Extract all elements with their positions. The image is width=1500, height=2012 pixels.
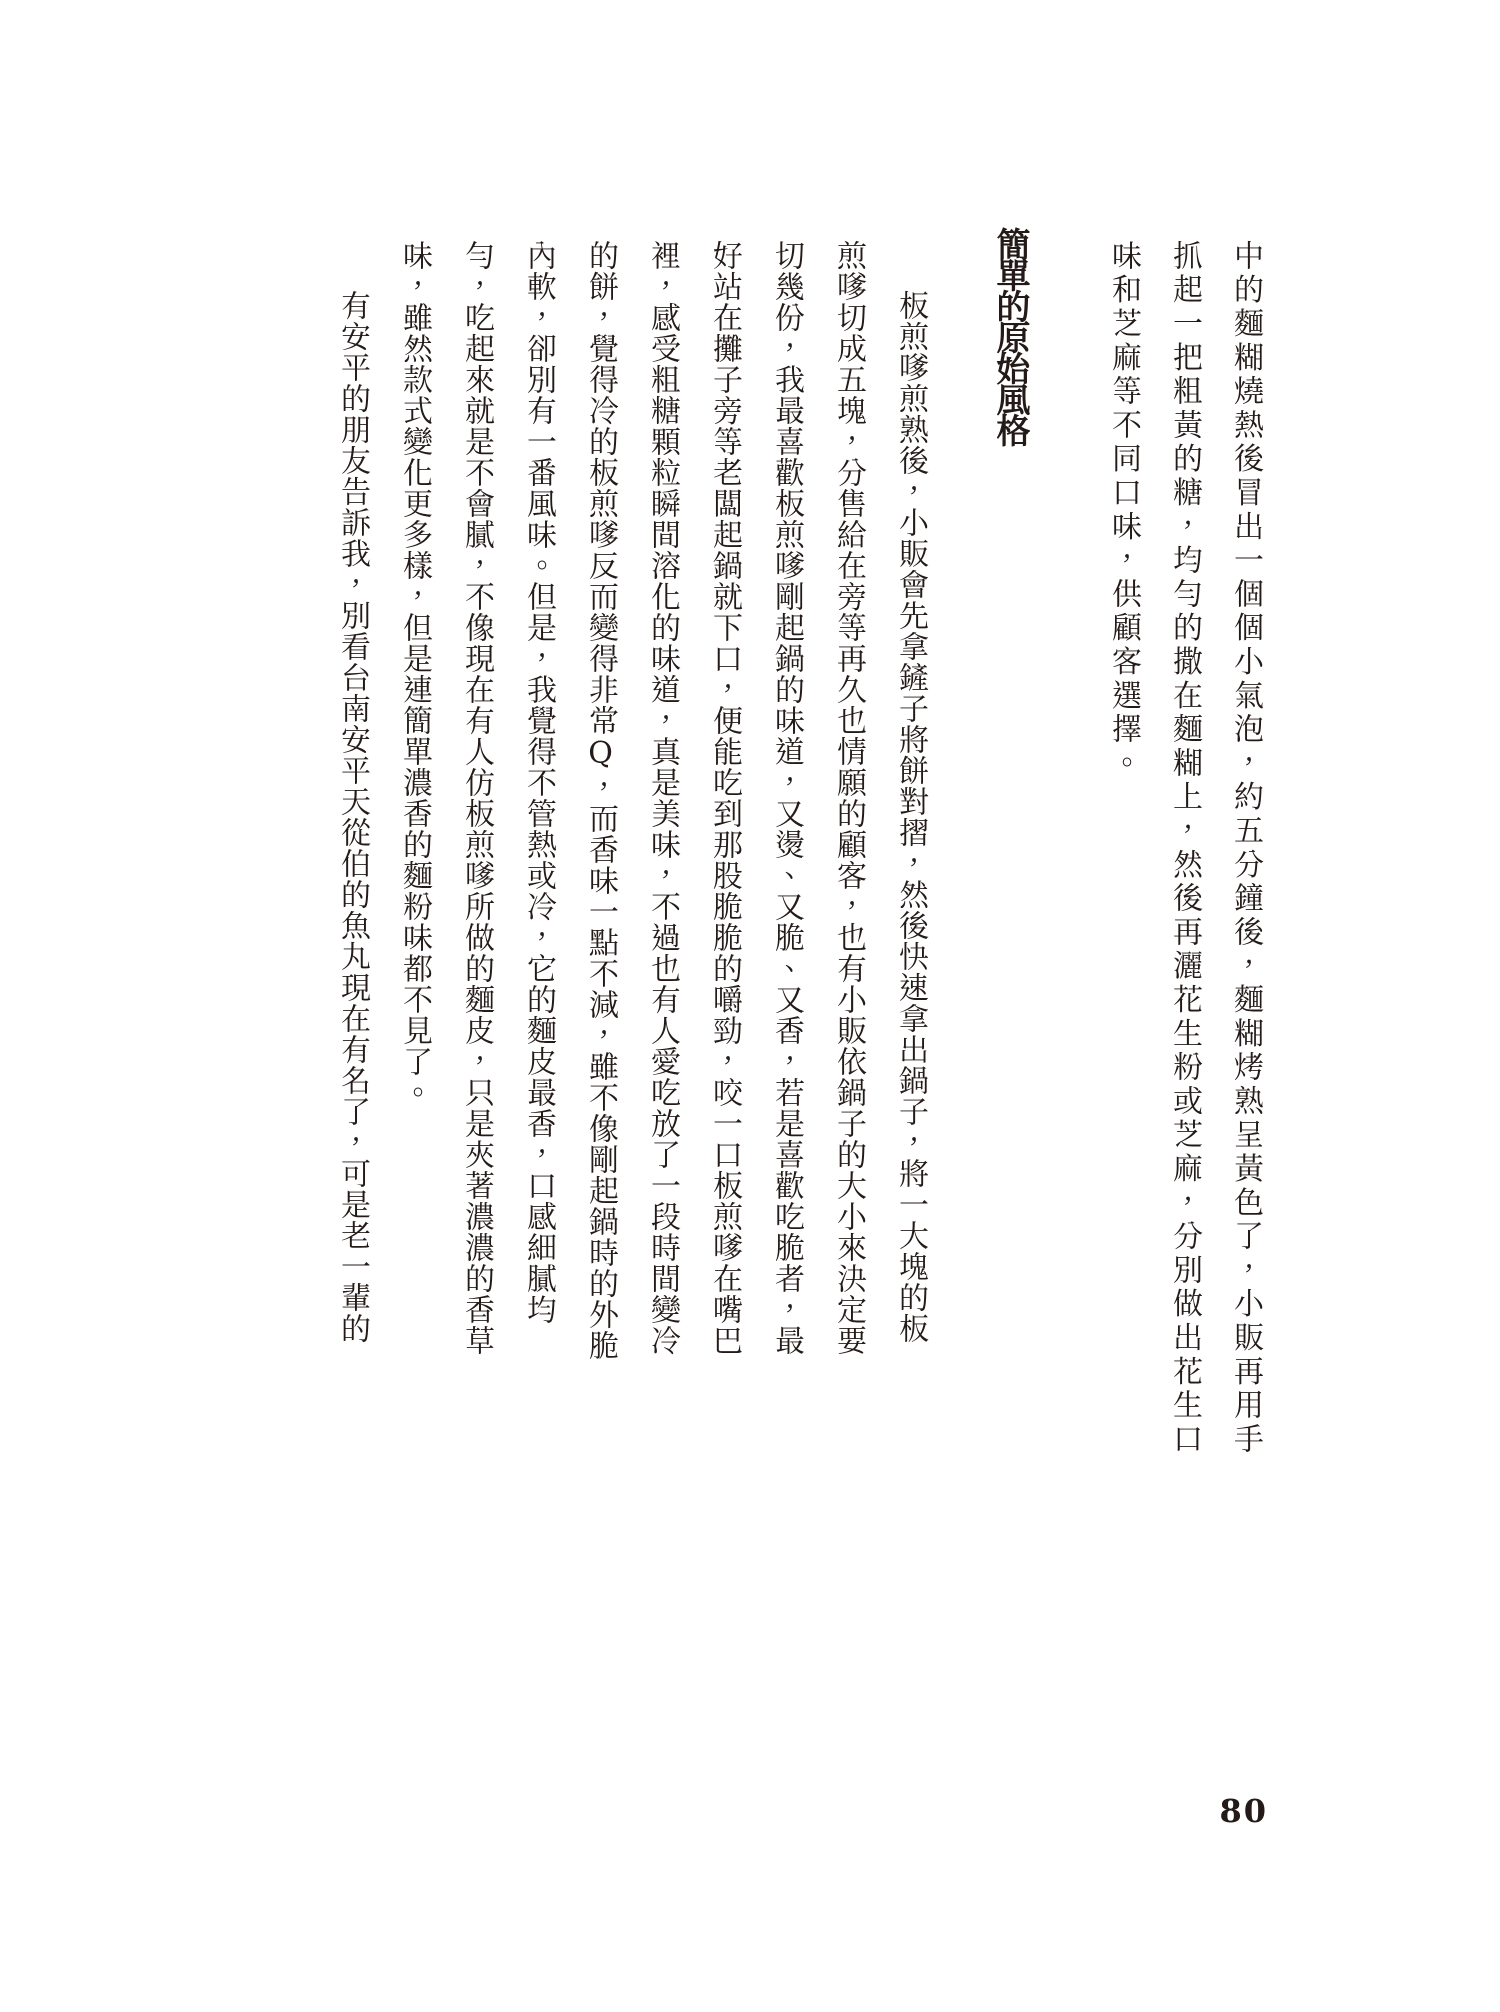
- text-column: 有安平的朋友告訴我，別看台南安平天從伯的魚丸現在有名了，可是老一輩的: [321, 240, 383, 1472]
- text-column: 板煎嗲煎熟後，小販會先拿鏟子將餅對摺，然後快速拿出鍋子，將一大塊的板: [879, 240, 941, 1472]
- paragraph-main: 板煎嗲煎熟後，小販會先拿鏟子將餅對摺，然後快速拿出鍋子，將一大塊的板煎嗲切成五塊…: [383, 240, 941, 1472]
- page-number: 80: [1219, 1792, 1268, 1830]
- paragraph-continued: 中的麵糊燒熱後冒出一個個小氣泡，約五分鐘後，麵糊烤熟呈黃色了，小販再用手抓起一把…: [1093, 240, 1276, 1472]
- text-column: 裡，感受粗糖顆粒瞬間溶化的味道，真是美味，不過也有人愛吃放了一段時間變冷: [631, 240, 693, 1472]
- text-column: 的餅，覺得冷的板煎嗲反而變得非常Q，而香味一點不減，雖不像剛起鍋時的外脆: [569, 240, 631, 1472]
- text-column: 味和芝麻等不同口味，供顧客選擇。: [1093, 240, 1154, 1472]
- paragraph-closing: 有安平的朋友告訴我，別看台南安平天從伯的魚丸現在有名了，可是老一輩的: [321, 240, 383, 1472]
- text-column: 煎嗲切成五塊，分售給在旁等再久也情願的顧客，也有小販依鍋子的大小來決定要: [817, 240, 879, 1472]
- article-text: 中的麵糊燒熱後冒出一個個小氣泡，約五分鐘後，麵糊烤熟呈黃色了，小販再用手抓起一把…: [321, 240, 1276, 1472]
- text-column: 勻，吃起來就是不會膩，不像現在有人仿板煎嗲所做的麵皮，只是夾著濃濃的香草: [445, 240, 507, 1472]
- book-page: 中的麵糊燒熱後冒出一個個小氣泡，約五分鐘後，麵糊烤熟呈黃色了，小販再用手抓起一把…: [0, 0, 1500, 2012]
- text-column: 好站在攤子旁等老闆起鍋就下口，便能吃到那股脆脆的嚼勁，咬一口板煎嗲在嘴巴: [693, 240, 755, 1472]
- text-column: 抓起一把粗黃的糖，均勻的撒在麵糊上，然後再灑花生粉或芝麻，分別做出花生口: [1154, 240, 1215, 1472]
- text-column: 內軟，卻別有一番風味。但是，我覺得不管熱或冷，它的麵皮最香，口感細膩均: [507, 240, 569, 1472]
- section-heading: 簡單的原始風格: [985, 227, 1035, 1459]
- text-column: 切幾份，我最喜歡板煎嗲剛起鍋的味道，又燙、又脆、又香，若是喜歡吃脆者，最: [755, 240, 817, 1472]
- text-column: 味，雖然款式變化更多樣，但是連簡單濃香的麵粉味都不見了。: [383, 240, 445, 1472]
- text-column: 中的麵糊燒熱後冒出一個個小氣泡，約五分鐘後，麵糊烤熟呈黃色了，小販再用手: [1215, 240, 1276, 1472]
